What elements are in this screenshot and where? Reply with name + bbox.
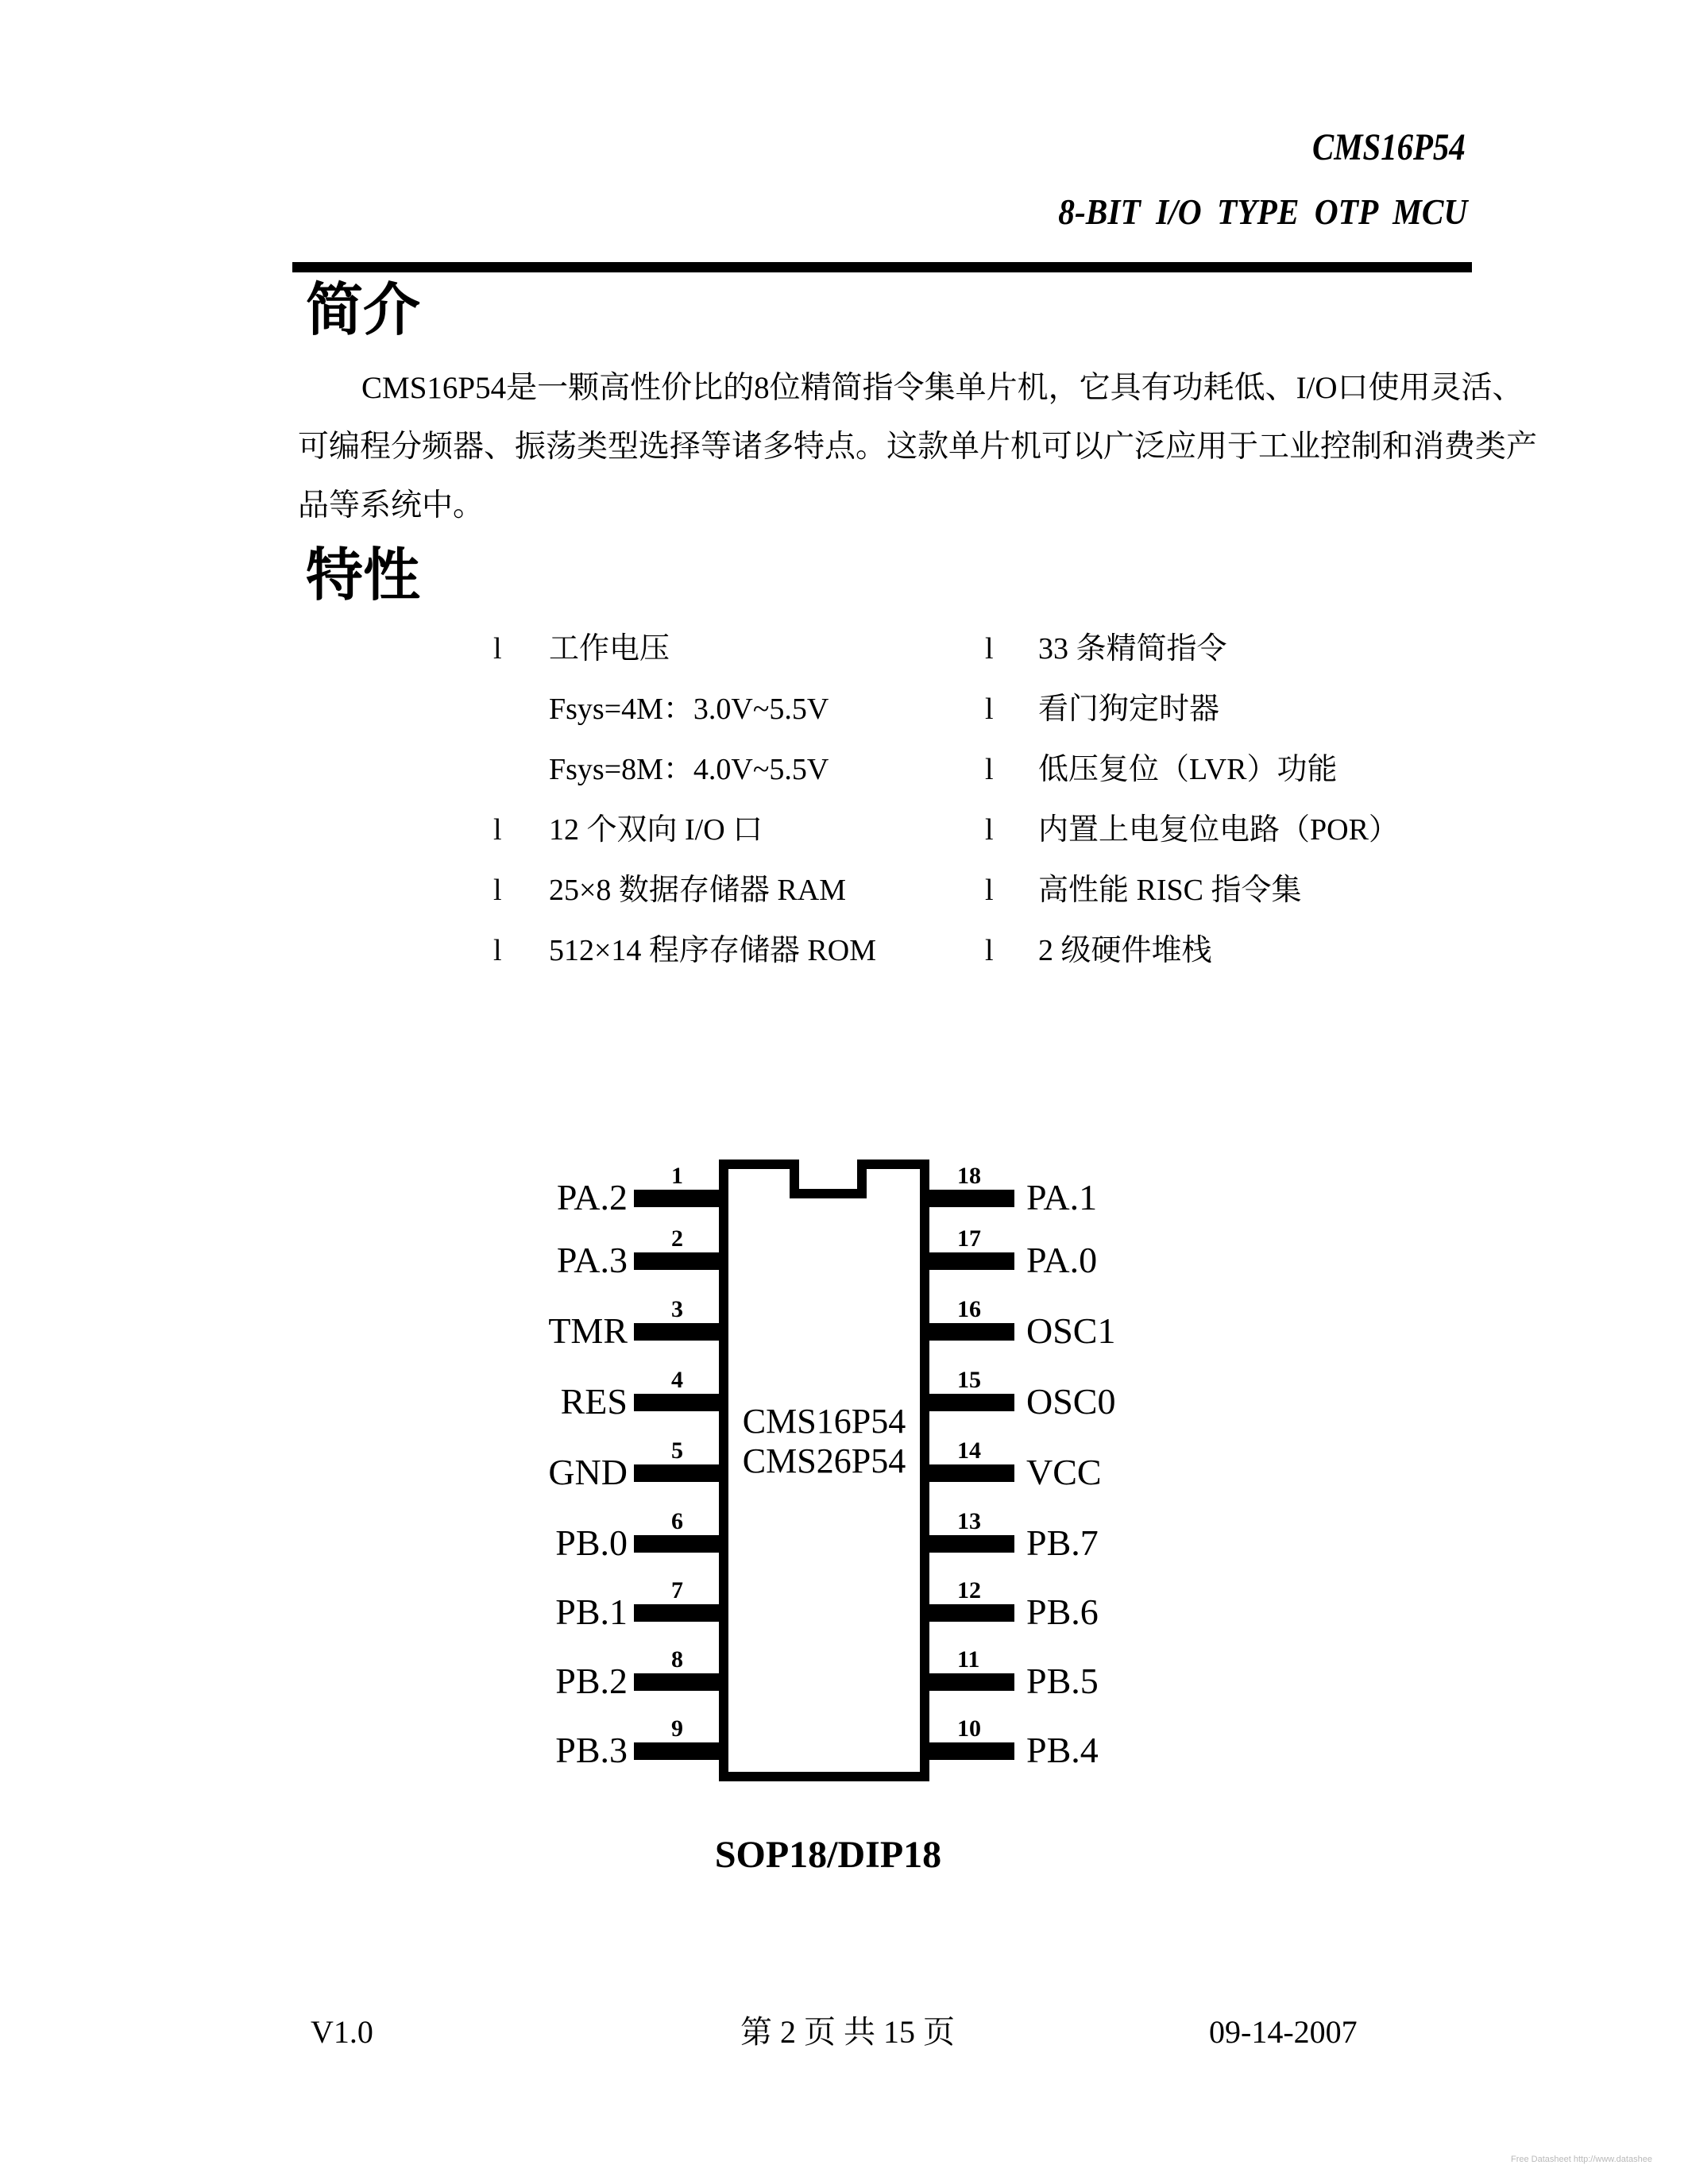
bullet-marker: l <box>985 930 994 971</box>
pin-lead <box>929 1323 1014 1341</box>
bullet-marker: l <box>493 809 502 851</box>
pin-lead <box>634 1604 720 1622</box>
pin-label: PA.1 <box>1026 1175 1097 1220</box>
pin-lead <box>929 1535 1014 1553</box>
footer-date: 09-14-2007 <box>1209 2012 1358 2053</box>
pin-number: 9 <box>671 1715 683 1743</box>
pin-number: 17 <box>957 1225 981 1253</box>
pin-lead <box>634 1394 720 1411</box>
pin-number: 8 <box>671 1646 683 1674</box>
pin-lead <box>634 1252 720 1270</box>
pin-number: 2 <box>671 1225 683 1253</box>
chip-part-number: CMS26P54 <box>719 1441 929 1481</box>
pin-number: 1 <box>671 1162 683 1190</box>
pin-label: OSC0 <box>1026 1379 1115 1424</box>
feature-item: 工作电压 <box>549 628 670 669</box>
feature-item: 低压复位（LVR）功能 <box>1038 749 1338 790</box>
pin-lead <box>634 1190 720 1207</box>
pin-number: 18 <box>957 1162 981 1190</box>
intro-paragraph: CMS16P54是一颗高性价比的8位精简指令集单片机，它具有功耗低、I/O口使用… <box>298 359 1442 535</box>
bullet-marker: l <box>985 870 994 911</box>
pin-label: PB.2 <box>555 1659 628 1704</box>
chip-part-numbers: CMS16P54 CMS26P54 <box>719 1402 929 1481</box>
pin-label: PB.7 <box>1026 1521 1099 1565</box>
pin-label: PB.3 <box>555 1728 628 1773</box>
package-caption: SOP18/DIP18 <box>699 1833 957 1877</box>
pin-label: RES <box>561 1379 628 1424</box>
pin-lead <box>634 1323 720 1341</box>
chip-part-number: CMS16P54 <box>719 1402 929 1441</box>
pin-lead <box>634 1673 720 1691</box>
pin-label: PA.0 <box>1026 1238 1097 1283</box>
pin-label: PB.6 <box>1026 1590 1099 1634</box>
product-subtitle: 8-BIT I/O TYPE OTP MCU <box>1058 191 1467 233</box>
footer-version: V1.0 <box>311 2012 373 2053</box>
pin-label: PA.3 <box>557 1238 628 1283</box>
pin-lead <box>929 1394 1014 1411</box>
feature-item: 看门狗定时器 <box>1038 689 1219 730</box>
datasheet-page: CMS16P54 8-BIT I/O TYPE OTP MCU 简介 CMS16… <box>0 0 1688 2184</box>
pin-number: 16 <box>957 1295 981 1324</box>
header-rule <box>292 262 1472 272</box>
pin-lead <box>634 1464 720 1482</box>
section-heading-intro: 简介 <box>306 276 420 345</box>
pin-number: 6 <box>671 1507 683 1536</box>
feature-item: 25×8 数据存储器 RAM <box>549 870 846 911</box>
feature-item: 内置上电复位电路（POR） <box>1038 809 1399 851</box>
pin-number: 15 <box>957 1366 981 1395</box>
bullet-marker: l <box>985 749 994 790</box>
pin-number: 11 <box>957 1646 979 1674</box>
feature-item: 高性能 RISC 指令集 <box>1038 870 1301 911</box>
intro-line: CMS16P54是一颗高性价比的8位精简指令集单片机，它具有功耗低、I/O口使用… <box>298 359 1442 418</box>
bullet-marker: l <box>493 870 502 911</box>
pin-lead <box>634 1535 720 1553</box>
section-heading-features: 特性 <box>306 542 420 610</box>
pin-lead <box>929 1673 1014 1691</box>
feature-item: 2 级硬件堆栈 <box>1038 930 1212 971</box>
product-title: CMS16P54 <box>1312 125 1466 170</box>
bullet-marker: l <box>493 930 502 971</box>
bullet-marker: l <box>985 689 994 730</box>
pin-lead <box>929 1742 1014 1760</box>
bullet-marker: l <box>985 628 994 669</box>
intro-line: 品等系统中。 <box>298 477 1442 535</box>
pin-number: 13 <box>957 1507 981 1536</box>
pin-number: 12 <box>957 1576 981 1605</box>
pin-lead <box>929 1190 1014 1207</box>
watermark-text: Free Datasheet http://www.datashee <box>1511 2154 1688 2165</box>
feature-item: 33 条精简指令 <box>1038 628 1227 669</box>
pin-number: 4 <box>671 1366 683 1395</box>
pin-number: 14 <box>957 1437 981 1465</box>
pin-label: PB.0 <box>555 1521 628 1565</box>
pin-label: PB.1 <box>555 1590 628 1634</box>
pin-lead <box>929 1604 1014 1622</box>
pin-label: VCC <box>1026 1450 1102 1495</box>
pin-lead <box>929 1464 1014 1482</box>
bullet-marker: l <box>985 809 994 851</box>
pin-label: PB.4 <box>1026 1728 1099 1773</box>
pin-label: GND <box>548 1450 628 1495</box>
feature-item: Fsys=8M：4.0V~5.5V <box>549 749 829 790</box>
feature-item: 12 个双向 I/O 口 <box>549 809 763 851</box>
pin-label: OSC1 <box>1026 1309 1115 1353</box>
footer-page-number: 第 2 页 共 15 页 <box>609 2012 1086 2053</box>
feature-item: Fsys=4M：3.0V~5.5V <box>549 689 829 730</box>
pin-lead <box>929 1252 1014 1270</box>
pin-number: 3 <box>671 1295 683 1324</box>
intro-line: 可编程分频器、振荡类型选择等诸多特点。这款单片机可以广泛应用于工业控制和消费类产 <box>298 418 1442 477</box>
pin-number: 10 <box>957 1715 981 1743</box>
bullet-marker: l <box>493 628 502 669</box>
pin-label: TMR <box>548 1309 628 1353</box>
pin-number: 5 <box>671 1437 683 1465</box>
pin-number: 7 <box>671 1576 683 1605</box>
pin-label: PA.2 <box>557 1175 628 1220</box>
pin-label: PB.5 <box>1026 1659 1099 1704</box>
pin-lead <box>634 1742 720 1760</box>
feature-item: 512×14 程序存储器 ROM <box>549 930 876 971</box>
